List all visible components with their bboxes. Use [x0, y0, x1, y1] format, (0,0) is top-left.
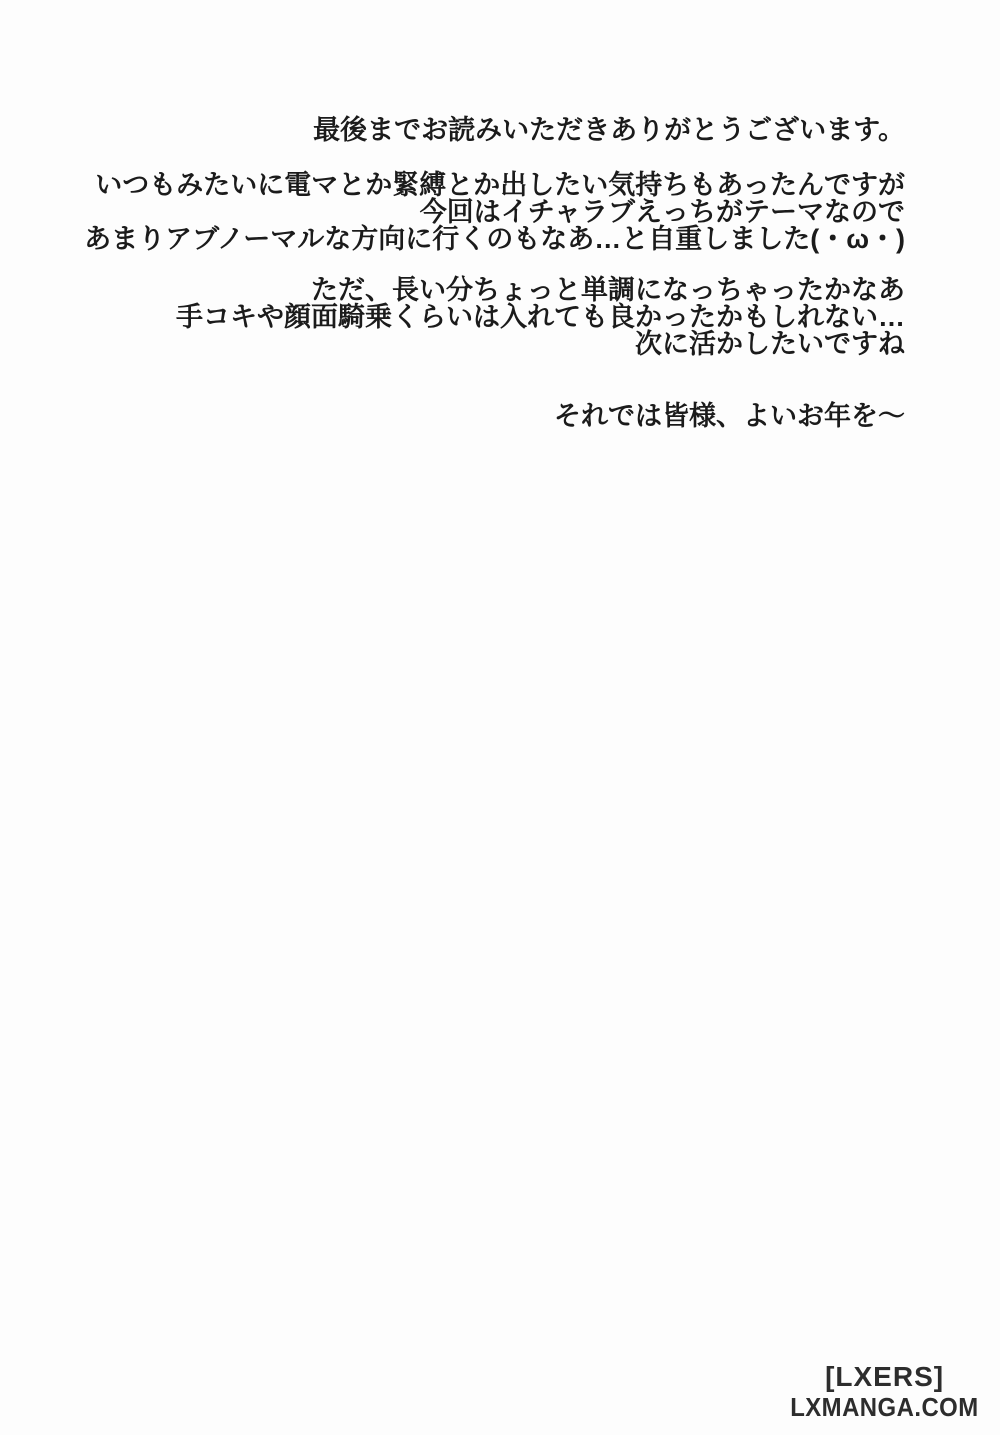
paragraph-2-line-3: 次に活かしたいですね: [176, 331, 905, 358]
paragraph-2-line-2: 手コキや顔面騎乗くらいは入れても良かったかもしれない…: [176, 304, 905, 331]
watermark-site-name: LXMANGA.COM: [790, 1394, 978, 1420]
afterword-paragraph-1: いつもみたいに電マとか緊縛とか出したい気持ちもあったんですが 今回はイチャラブえ…: [84, 172, 905, 253]
paragraph-2-line-1: ただ、長い分ちょっと単調になっちゃったかなあ: [176, 277, 905, 304]
afterword-page: 最後までお読みいただきありがとうございます。 いつもみたいに電マとか緊縛とか出し…: [0, 0, 1000, 1435]
thanks-line: 最後までお読みいただきありがとうございます。: [313, 117, 905, 144]
paragraph-1-line-2: 今回はイチャラブえっちがテーマなので: [84, 199, 905, 226]
paragraph-1-line-1: いつもみたいに電マとか緊縛とか出したい気持ちもあったんですが: [84, 172, 905, 199]
afterword-paragraph-2: ただ、長い分ちょっと単調になっちゃったかなあ 手コキや顔面騎乗くらいは入れても良…: [176, 277, 905, 358]
closing-line: それでは皆様、よいお年を～: [554, 403, 905, 430]
paragraph-1-line-3: あまりアブノーマルな方向に行くのもなあ…と自重しました(・ω・): [84, 226, 905, 253]
watermark: [LXERS] LXMANGA.COM: [782, 1363, 987, 1420]
watermark-uploader-tag: [LXERS]: [782, 1363, 987, 1391]
